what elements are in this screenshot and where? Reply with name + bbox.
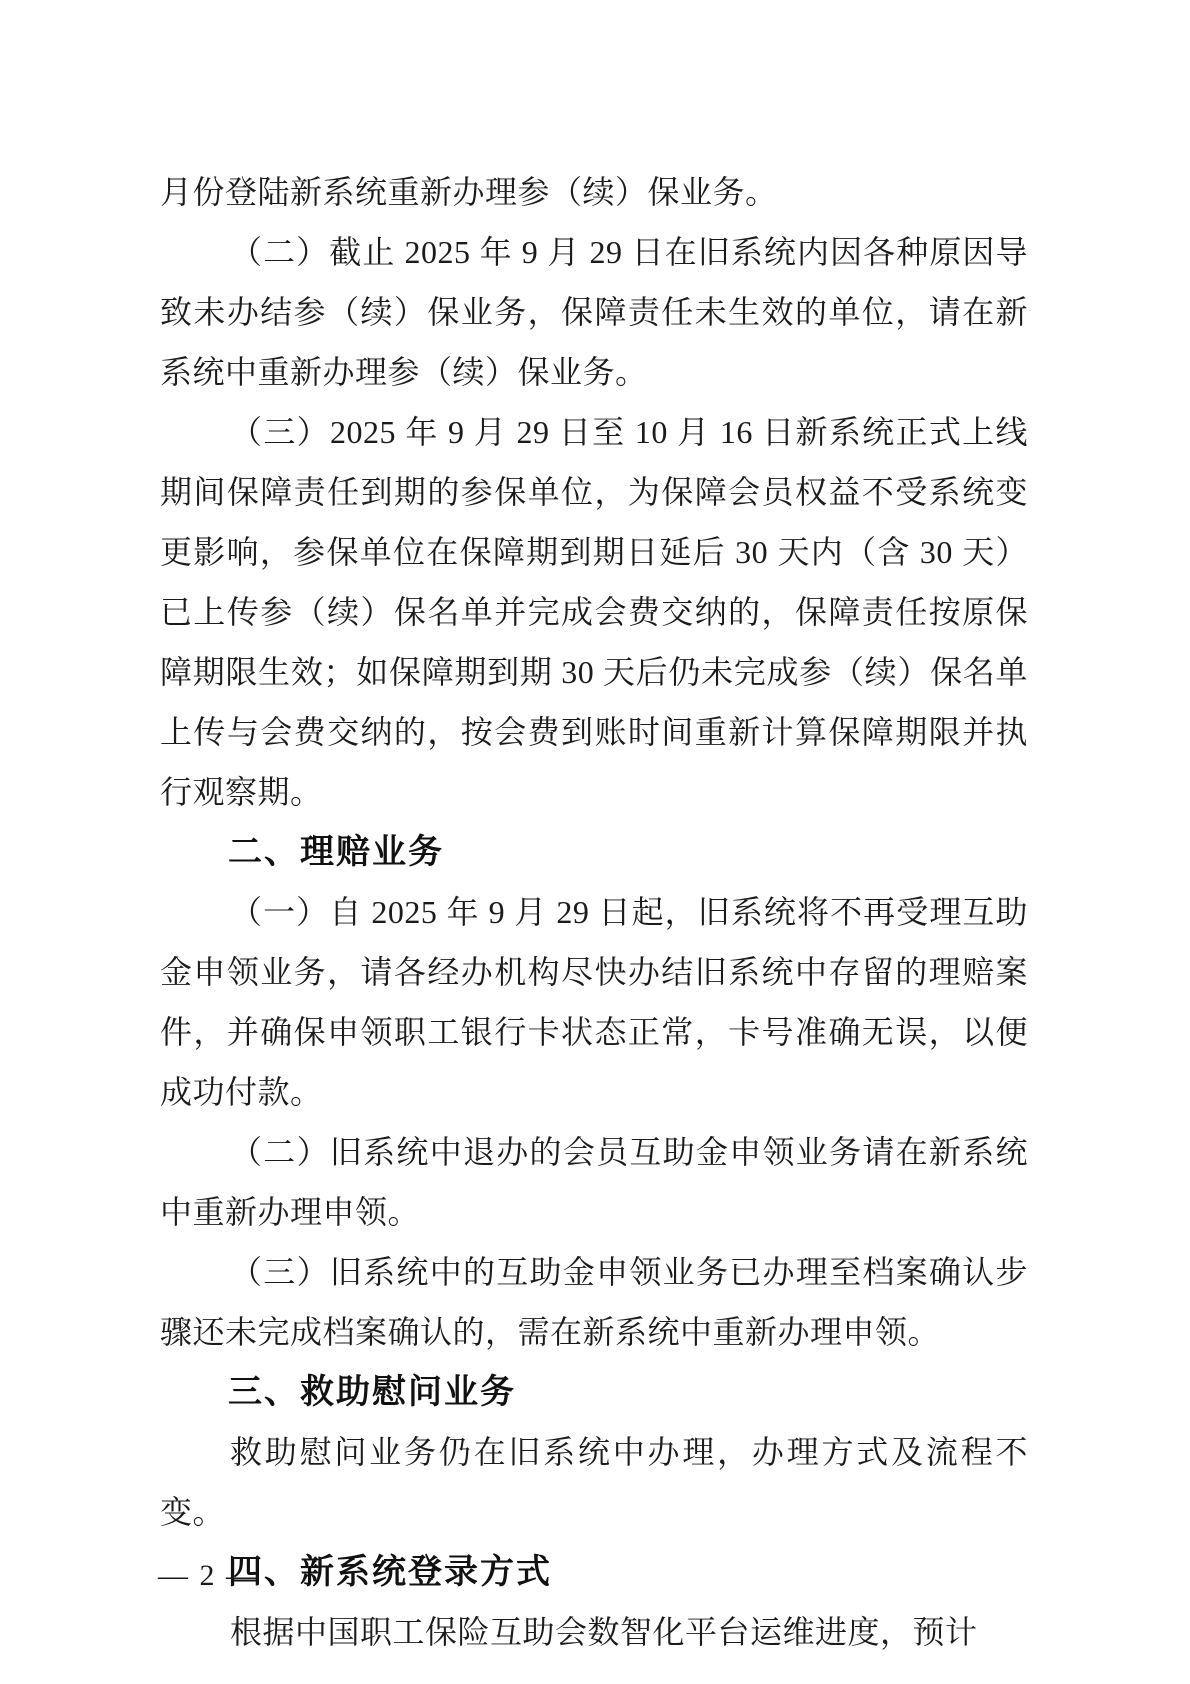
body-paragraph: （三）旧系统中的互助金申领业务已办理至档案确认步骤还未完成档案确认的，需在新系统… (160, 1242, 1028, 1362)
body-paragraph: （一）自 2025 年 9 月 29 日起，旧系统将不再受理互助金申领业务，请各… (160, 882, 1028, 1122)
section-heading-login: 四、新系统登录方式 (160, 1542, 1028, 1602)
body-paragraph: 根据中国职工保险互助会数智化平台运维进度，预计 (160, 1602, 1028, 1662)
document-body: 月份登陆新系统重新办理参（续）保业务。 （二）截止 2025 年 9 月 29 … (160, 162, 1028, 1662)
section-heading-claims: 二、理赔业务 (160, 822, 1028, 882)
section-heading-relief: 三、救助慰问业务 (160, 1362, 1028, 1422)
body-paragraph: （三）2025 年 9 月 29 日至 10 月 16 日新系统正式上线期间保障… (160, 402, 1028, 822)
body-paragraph: （二）旧系统中退办的会员互助金申领业务请在新系统中重新办理申领。 (160, 1122, 1028, 1242)
document-page: 月份登陆新系统重新办理参（续）保业务。 （二）截止 2025 年 9 月 29 … (0, 0, 1190, 1684)
page-number: — 2 — (158, 1552, 258, 1600)
body-paragraph: （二）截止 2025 年 9 月 29 日在旧系统内因各种原因导致未办结参（续）… (160, 222, 1028, 402)
body-paragraph: 月份登陆新系统重新办理参（续）保业务。 (160, 162, 1028, 222)
body-paragraph: 救助慰问业务仍在旧系统中办理，办理方式及流程不变。 (160, 1422, 1028, 1542)
